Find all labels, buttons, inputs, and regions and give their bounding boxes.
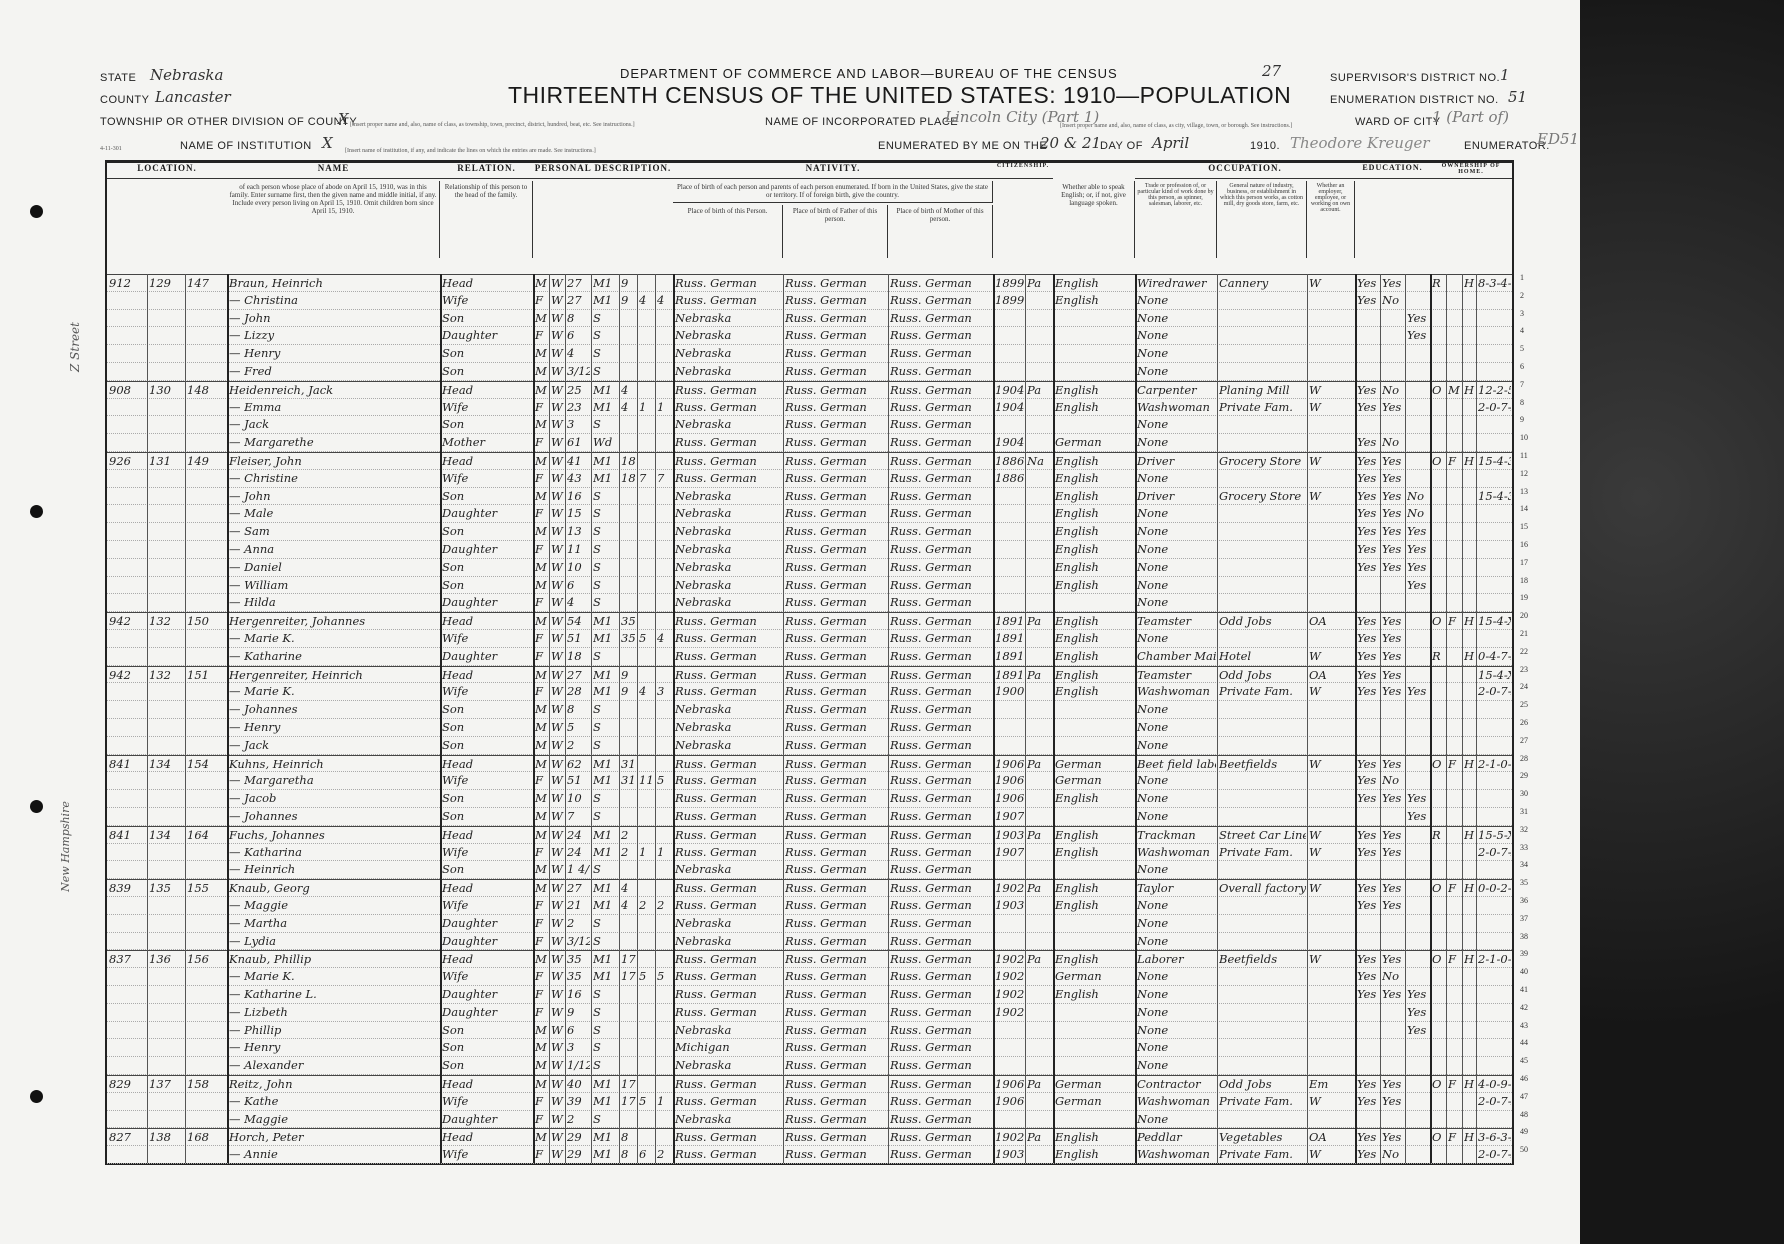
family-number-cell xyxy=(187,505,226,522)
schedule-cell xyxy=(1478,523,1511,540)
trade-cell: None xyxy=(1137,1111,1216,1128)
children-living-cell: 2 xyxy=(657,1146,672,1163)
relation-cell: Son xyxy=(442,1039,532,1056)
naturalization-cell xyxy=(1027,772,1052,789)
sex-cell: F xyxy=(535,683,548,700)
table-row: — JackSonMW2SNebraskaRuss. GermanRuss. G… xyxy=(107,737,1512,755)
mother-birthplace-cell: Russ. German xyxy=(890,382,992,398)
race-cell: W xyxy=(551,737,564,754)
father-birthplace-cell: Russ. German xyxy=(785,1093,887,1110)
school-cell xyxy=(1407,399,1429,416)
age-cell: 9 xyxy=(567,1004,590,1021)
marital-cell: S xyxy=(593,915,618,932)
immigration-year-cell: 1902 xyxy=(995,1129,1024,1145)
farm-house-cell: H xyxy=(1464,951,1475,967)
years-married-cell: 4 xyxy=(621,897,636,914)
immigration-year-cell xyxy=(995,327,1024,344)
column-divider xyxy=(1430,274,1432,1163)
immigration-year-cell: 1899 xyxy=(995,275,1024,291)
schedule-cell xyxy=(1478,470,1511,487)
scan-edge xyxy=(1580,0,1784,1244)
owned-rented-cell xyxy=(1432,505,1445,522)
schedule-cell: 2-0-7-X xyxy=(1478,683,1511,700)
years-married-cell xyxy=(621,541,636,558)
dwelling-number-cell xyxy=(149,1039,184,1056)
industry-cell xyxy=(1219,523,1306,540)
owned-rented-cell xyxy=(1432,630,1445,647)
schedule-cell xyxy=(1478,292,1511,309)
enumeration-label: ENUMERATION DISTRICT NO. xyxy=(1330,94,1499,106)
house-number-cell xyxy=(109,1057,146,1074)
marital-cell: M1 xyxy=(593,399,618,416)
schedule-cell: 2-1-0-0 xyxy=(1478,951,1511,967)
family-number-cell xyxy=(187,292,226,309)
table-row: — HeinrichSonMW1 4/12SNebraskaRuss. Germ… xyxy=(107,861,1512,879)
language-cell: English xyxy=(1055,951,1134,967)
trade-cell: None xyxy=(1137,808,1216,825)
immigration-year-cell: 1902 xyxy=(995,986,1024,1003)
can-write-cell xyxy=(1382,719,1404,736)
school-cell xyxy=(1407,363,1429,380)
mortgaged-cell xyxy=(1448,363,1461,380)
school-cell xyxy=(1407,416,1429,433)
mortgaged-cell: M xyxy=(1448,382,1461,398)
name-cell: — Christine xyxy=(229,470,439,487)
relation-cell: Daughter xyxy=(442,986,532,1003)
mother-birthplace-cell: Russ. German xyxy=(890,488,992,505)
birthplace-cell: Russ. German xyxy=(675,470,782,487)
immigration-year-cell xyxy=(995,523,1024,540)
line-number: 40 xyxy=(1520,967,1528,976)
birthplace-cell: Nebraska xyxy=(675,523,782,540)
house-number-cell xyxy=(109,292,146,309)
years-married-cell: 17 xyxy=(621,951,636,967)
farm-house-cell xyxy=(1464,772,1475,789)
dwelling-number-cell xyxy=(149,327,184,344)
language-cell: English xyxy=(1055,541,1134,558)
line-number: 43 xyxy=(1520,1021,1528,1030)
schedule-cell: 2-0-7-X xyxy=(1478,399,1511,416)
name-cell: Hergenreiter, Johannes xyxy=(229,613,439,629)
line-number: 15 xyxy=(1520,522,1528,531)
industry-cell xyxy=(1219,701,1306,718)
relation-cell: Daughter xyxy=(442,1004,532,1021)
race-cell: W xyxy=(551,897,564,914)
industry-cell xyxy=(1219,416,1306,433)
can-write-cell: Yes xyxy=(1382,275,1404,291)
relation-cell: Son xyxy=(442,523,532,540)
birthplace-cell: Russ. German xyxy=(675,683,782,700)
school-cell xyxy=(1407,880,1429,896)
owned-rented-cell xyxy=(1432,363,1445,380)
marital-cell: S xyxy=(593,648,618,665)
age-cell: 24 xyxy=(567,844,590,861)
naturalization-cell xyxy=(1027,915,1052,932)
schedule-cell: 0-4-7-X xyxy=(1478,648,1511,665)
dwelling-number-cell xyxy=(149,968,184,985)
column-divider xyxy=(227,274,229,1163)
employer-status-cell xyxy=(1309,470,1354,487)
marital-cell: S xyxy=(593,1057,618,1074)
owned-rented-cell xyxy=(1432,434,1445,451)
industry-cell xyxy=(1219,772,1306,789)
relation-cell: Head xyxy=(442,275,532,291)
house-number-cell xyxy=(109,844,146,861)
sex-cell: M xyxy=(535,1129,548,1145)
house-number-cell xyxy=(109,310,146,327)
school-cell xyxy=(1407,861,1429,878)
mortgaged-cell xyxy=(1448,310,1461,327)
employer-status-cell xyxy=(1309,719,1354,736)
line-number: 44 xyxy=(1520,1038,1528,1047)
age-cell: 51 xyxy=(567,630,590,647)
dwelling-number-cell: 132 xyxy=(149,613,184,629)
family-number-cell xyxy=(187,986,226,1003)
family-number-cell xyxy=(187,594,226,611)
name-cell: Knaub, Georg xyxy=(229,880,439,896)
form-code: 4-11-301 xyxy=(100,146,122,152)
farm-house-cell xyxy=(1464,399,1475,416)
children-living-cell xyxy=(657,951,672,967)
relation-cell: Head xyxy=(442,827,532,843)
children-born-cell xyxy=(639,986,654,1003)
table-row: — HenrySonMW3SMichiganRuss. GermanRuss. … xyxy=(107,1039,1512,1057)
name-cell: — Emma xyxy=(229,399,439,416)
schedule-cell xyxy=(1478,719,1511,736)
employer-status-cell: W xyxy=(1309,648,1354,665)
father-birthplace-cell: Russ. German xyxy=(785,559,887,576)
month-value: April xyxy=(1152,134,1189,152)
race-cell: W xyxy=(551,719,564,736)
marital-cell: M1 xyxy=(593,756,618,772)
marital-cell: M1 xyxy=(593,292,618,309)
children-born-cell xyxy=(639,488,654,505)
line-number: 7 xyxy=(1520,380,1524,389)
house-number-cell xyxy=(109,630,146,647)
immigration-year-cell xyxy=(995,1057,1024,1074)
table-row: — KatharineDaughterFW18SRuss. GermanRuss… xyxy=(107,648,1512,666)
dwelling-number-cell xyxy=(149,416,184,433)
industry-cell xyxy=(1219,327,1306,344)
line-number: 26 xyxy=(1520,718,1528,727)
mortgaged-cell: F xyxy=(1448,613,1461,629)
race-cell: W xyxy=(551,667,564,683)
children-living-cell xyxy=(657,648,672,665)
name-cell: — Fred xyxy=(229,363,439,380)
years-married-cell xyxy=(621,1057,636,1074)
owned-rented-cell: O xyxy=(1432,1076,1445,1092)
birthplace-cell: Russ. German xyxy=(675,756,782,772)
trade-cell: None xyxy=(1137,915,1216,932)
can-write-cell: Yes xyxy=(1382,667,1404,683)
marital-cell: M1 xyxy=(593,275,618,291)
language-cell: English xyxy=(1055,292,1134,309)
column-divider xyxy=(1025,274,1026,1163)
language-cell: English xyxy=(1055,986,1134,1003)
school-cell xyxy=(1407,737,1429,754)
trade-cell: None xyxy=(1137,594,1216,611)
race-cell: W xyxy=(551,683,564,700)
trade-cell: None xyxy=(1137,897,1216,914)
can-write-cell: Yes xyxy=(1382,1076,1404,1092)
family-number-cell xyxy=(187,861,226,878)
years-married-cell xyxy=(621,416,636,433)
immigration-year-cell: 1906 xyxy=(995,756,1024,772)
naturalization-cell xyxy=(1027,327,1052,344)
mortgaged-cell xyxy=(1448,648,1461,665)
dwelling-number-cell xyxy=(149,844,184,861)
race-cell: W xyxy=(551,756,564,772)
dwelling-number-cell xyxy=(149,470,184,487)
race-cell: W xyxy=(551,861,564,878)
trade-cell: None xyxy=(1137,772,1216,789)
father-birthplace-cell: Russ. German xyxy=(785,756,887,772)
mother-birthplace-cell: Russ. German xyxy=(890,827,992,843)
name-cell: — Alexander xyxy=(229,1057,439,1074)
table-row: 908130148Heidenreich, JackHeadMW25M14Rus… xyxy=(107,381,1512,399)
industry-cell xyxy=(1219,541,1306,558)
age-cell: 29 xyxy=(567,1146,590,1163)
family-number-cell xyxy=(187,790,226,807)
school-cell: Yes xyxy=(1407,541,1429,558)
dwelling-number-cell xyxy=(149,345,184,362)
language-cell xyxy=(1055,808,1134,825)
language-cell xyxy=(1055,345,1134,362)
table-row: 912129147Braun, HeinrichHeadMW27M19Russ.… xyxy=(107,274,1512,292)
age-cell: 3 xyxy=(567,416,590,433)
marital-cell: M1 xyxy=(593,382,618,398)
column-divider xyxy=(1476,274,1477,1163)
can-write-cell: Yes xyxy=(1382,844,1404,861)
language-cell: English xyxy=(1055,648,1134,665)
name-cell: — Christina xyxy=(229,292,439,309)
age-cell: 51 xyxy=(567,772,590,789)
can-write-cell: Yes xyxy=(1382,453,1404,469)
can-write-cell xyxy=(1382,1111,1404,1128)
mother-birthplace-cell: Russ. German xyxy=(890,1146,992,1163)
children-born-cell: 1 xyxy=(639,844,654,861)
line-number: 35 xyxy=(1520,878,1528,887)
schedule-cell xyxy=(1478,986,1511,1003)
line-number: 45 xyxy=(1520,1056,1528,1065)
dwelling-number-cell xyxy=(149,1022,184,1039)
birthplace-cell: Nebraska xyxy=(675,719,782,736)
schedule-cell xyxy=(1478,345,1511,362)
school-cell xyxy=(1407,1039,1429,1056)
race-cell: W xyxy=(551,951,564,967)
mortgaged-cell: F xyxy=(1448,951,1461,967)
mother-birthplace-cell: Russ. German xyxy=(890,737,992,754)
years-married-cell: 35 xyxy=(621,613,636,629)
sex-cell: F xyxy=(535,327,548,344)
table-row: — ChristinaWifeFW27M1944Russ. GermanRuss… xyxy=(107,292,1512,310)
immigration-year-cell: 1902 xyxy=(995,968,1024,985)
children-born-cell: 6 xyxy=(639,1146,654,1163)
name-cell: — Katharine L. xyxy=(229,986,439,1003)
pob-father-header: Place of birth of Father of this person. xyxy=(783,205,888,258)
mortgaged-cell xyxy=(1448,790,1461,807)
line-number: 10 xyxy=(1520,433,1528,442)
naturalization-cell: Na xyxy=(1027,453,1052,469)
mother-birthplace-cell: Russ. German xyxy=(890,986,992,1003)
mother-birthplace-cell: Russ. German xyxy=(890,861,992,878)
mother-birthplace-cell: Russ. German xyxy=(890,701,992,718)
children-living-cell xyxy=(657,505,672,522)
industry-cell xyxy=(1219,808,1306,825)
race-cell: W xyxy=(551,1039,564,1056)
age-cell: 2 xyxy=(567,737,590,754)
name-cell: — Maggie xyxy=(229,897,439,914)
father-birthplace-cell: Russ. German xyxy=(785,1022,887,1039)
line-number: 18 xyxy=(1520,576,1528,585)
children-born-cell xyxy=(639,1057,654,1074)
mother-birthplace-cell: Russ. German xyxy=(890,399,992,416)
language-cell: English xyxy=(1055,630,1134,647)
table-row: — MaggieWifeFW21M1422Russ. GermanRuss. G… xyxy=(107,897,1512,915)
schedule-cell: 15-4-X-3 xyxy=(1478,667,1511,683)
children-born-cell xyxy=(639,861,654,878)
family-number-cell xyxy=(187,772,226,789)
marital-cell: S xyxy=(593,737,618,754)
mother-birthplace-cell: Russ. German xyxy=(890,951,992,967)
school-cell xyxy=(1407,719,1429,736)
schedule-cell xyxy=(1478,968,1511,985)
schedule-cell xyxy=(1478,1004,1511,1021)
years-married-cell xyxy=(621,1039,636,1056)
employer-status-cell xyxy=(1309,737,1354,754)
employer-status-cell: W xyxy=(1309,756,1354,772)
children-living-cell xyxy=(657,577,672,594)
owned-rented-cell xyxy=(1432,541,1445,558)
farm-house-cell xyxy=(1464,1146,1475,1163)
language-cell xyxy=(1055,915,1134,932)
marital-cell: S xyxy=(593,594,618,611)
supervisor-label: SUPERVISOR'S DISTRICT NO. xyxy=(1330,72,1500,84)
column-divider xyxy=(655,274,656,1163)
language-cell: English xyxy=(1055,827,1134,843)
school-cell: Yes xyxy=(1407,1004,1429,1021)
marital-cell: S xyxy=(593,1111,618,1128)
house-number-cell xyxy=(109,1146,146,1163)
birthplace-cell: Nebraska xyxy=(675,559,782,576)
children-born-cell xyxy=(639,827,654,843)
can-read-cell: Yes xyxy=(1357,559,1379,576)
column-divider xyxy=(1053,274,1055,1163)
schedule-cell xyxy=(1478,861,1511,878)
industry-cell xyxy=(1219,577,1306,594)
family-number-cell xyxy=(187,897,226,914)
can-write-cell: Yes xyxy=(1382,488,1404,505)
house-number-cell xyxy=(109,968,146,985)
age-cell: 4 xyxy=(567,594,590,611)
age-cell: 25 xyxy=(567,382,590,398)
industry-cell xyxy=(1219,292,1306,309)
years-married-cell xyxy=(621,594,636,611)
industry-cell: Grocery Store xyxy=(1219,488,1306,505)
farm-house-cell xyxy=(1464,345,1475,362)
children-living-cell xyxy=(657,1039,672,1056)
marital-cell: S xyxy=(593,345,618,362)
language-cell xyxy=(1055,1022,1134,1039)
trade-header: Trade or profession of, or particular ki… xyxy=(1135,181,1217,258)
house-number-cell xyxy=(109,470,146,487)
line-number: 9 xyxy=(1520,415,1524,424)
can-read-cell: Yes xyxy=(1357,630,1379,647)
dwelling-number-cell: 129 xyxy=(149,275,184,291)
industry-cell: Odd Jobs xyxy=(1219,667,1306,683)
schedule-cell xyxy=(1478,933,1511,950)
owned-rented-cell xyxy=(1432,790,1445,807)
race-cell: W xyxy=(551,434,564,451)
language-cell: German xyxy=(1055,434,1134,451)
owned-rented-cell xyxy=(1432,1004,1445,1021)
father-birthplace-cell: Russ. German xyxy=(785,470,887,487)
house-number-cell xyxy=(109,772,146,789)
table-row: — JohannesSonMW8SNebraskaRuss. GermanRus… xyxy=(107,701,1512,719)
trade-cell: None xyxy=(1137,434,1216,451)
immigration-year-cell: 1903 xyxy=(995,827,1024,843)
school-cell xyxy=(1407,951,1429,967)
age-cell: 41 xyxy=(567,453,590,469)
language-cell xyxy=(1055,310,1134,327)
owned-rented-cell xyxy=(1432,1111,1445,1128)
sex-cell: M xyxy=(535,345,548,362)
can-read-cell: Yes xyxy=(1357,1093,1379,1110)
schedule-cell: 15-5-X-4 xyxy=(1478,827,1511,843)
immigration-year-cell: 1902 xyxy=(995,880,1024,896)
birthplace-cell: Russ. German xyxy=(675,399,782,416)
naturalization-cell xyxy=(1027,737,1052,754)
name-cell: Heidenreich, Jack xyxy=(229,382,439,398)
page-stamp: 27 xyxy=(1262,62,1281,80)
children-living-cell xyxy=(657,827,672,843)
birthplace-cell: Michigan xyxy=(675,1039,782,1056)
father-birthplace-cell: Russ. German xyxy=(785,719,887,736)
father-birthplace-cell: Russ. German xyxy=(785,630,887,647)
column-divider xyxy=(1446,274,1447,1163)
relation-cell: Head xyxy=(442,453,532,469)
father-birthplace-cell: Russ. German xyxy=(785,345,887,362)
age-cell: 7 xyxy=(567,808,590,825)
birthplace-cell: Russ. German xyxy=(675,1129,782,1145)
marital-cell: S xyxy=(593,1039,618,1056)
owned-rented-cell xyxy=(1432,701,1445,718)
father-birthplace-cell: Russ. German xyxy=(785,541,887,558)
years-married-cell: 4 xyxy=(621,382,636,398)
family-number-cell xyxy=(187,345,226,362)
family-number-cell: 164 xyxy=(187,827,226,843)
trade-cell: None xyxy=(1137,630,1216,647)
race-cell: W xyxy=(551,559,564,576)
trade-cell: Trackman xyxy=(1137,827,1216,843)
table-row: — JohnSonMW16SNebraskaRuss. GermanRuss. … xyxy=(107,488,1512,506)
sex-cell: F xyxy=(535,594,548,611)
farm-house-cell xyxy=(1464,986,1475,1003)
children-living-cell xyxy=(657,701,672,718)
father-birthplace-cell: Russ. German xyxy=(785,915,887,932)
relation-cell: Son xyxy=(442,719,532,736)
children-living-cell: 5 xyxy=(657,968,672,985)
immigration-year-cell: 1891 xyxy=(995,667,1024,683)
relation-cell: Daughter xyxy=(442,505,532,522)
house-number-cell xyxy=(109,915,146,932)
race-cell: W xyxy=(551,594,564,611)
trade-cell: Peddlar xyxy=(1137,1129,1216,1145)
owned-rented-cell xyxy=(1432,416,1445,433)
mortgaged-cell xyxy=(1448,667,1461,683)
owned-rented-cell xyxy=(1432,594,1445,611)
ward-value: 1 (Part of) xyxy=(1432,108,1509,126)
